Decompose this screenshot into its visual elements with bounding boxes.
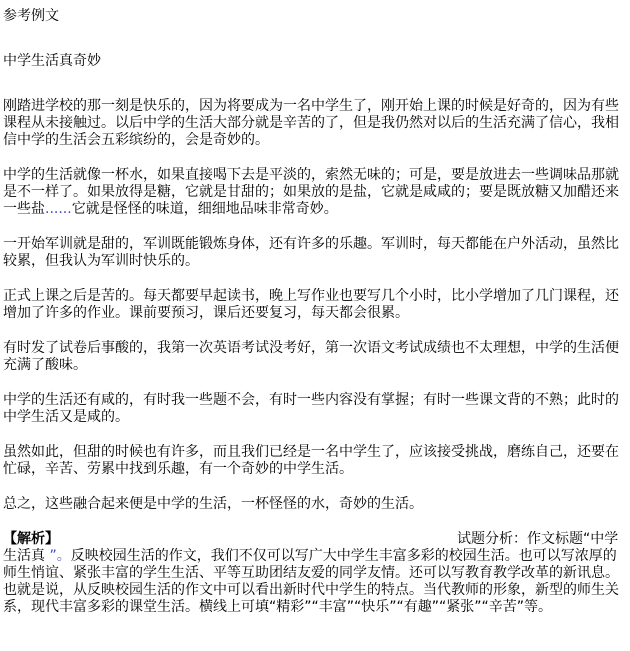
analysis-text-b: 反映校园生活的作文，我们不仅可以写广大中学生丰富多彩的校园生活。也可以写浓厚的师… [3, 548, 619, 615]
essay-paragraph-2-text-b: 它就是怪怪的味道，细细地品味非常奇妙。 [72, 201, 338, 217]
essay-paragraph-4: 正式上课之后是苦的。每天都要早起读书，晚上写作业也要写几个小时，比小学增加了几门… [3, 288, 628, 322]
section-label: 参考例文 [3, 8, 628, 25]
analysis-spacer [59, 542, 457, 543]
analysis-section: 【解析】试题分析：作文标题“中学生活真 ”。反映校园生活的作文，我们不仅可以写广… [3, 531, 628, 616]
essay-paragraph-2: 中学的生活就像一杯水，如果直接喝下去是平淡的，索然无味的；可是，要是放进去一些调… [3, 167, 628, 218]
essay-title: 中学生活真奇妙 [3, 53, 628, 70]
essay-paragraph-5: 有时发了试卷后事酸的，我第一次英语考试没考好，第一次语文考试成绩也不太理想，中学… [3, 340, 628, 374]
essay-paragraph-6: 中学的生活还有咸的，有时我一些题不会，有时一些内容没有掌握；有时一些课文背的不熟… [3, 392, 628, 426]
analysis-label: 【解析】 [3, 531, 59, 547]
essay-paragraph-1: 刚踏进学校的那一刻是快乐的，因为将要成为一名中学生了，刚开始上课的时候是好奇的，… [3, 98, 628, 149]
essay-paragraph-7: 虽然如此，但甜的时候也有许多，而且我们已经是一名中学生了，应该接受挑战，磨练自己… [3, 444, 628, 478]
essay-paragraph-3: 一开始军训就是甜的，军训既能锻炼身体，还有许多的乐趣。军训时，每天都能在户外活动… [3, 236, 628, 270]
analysis-blue-mark: ”。 [49, 548, 70, 564]
essay-paragraph-2-ellipsis: ...... [45, 201, 72, 217]
essay-paragraph-8: 总之，这些融合起来便是中学的生活，一杯怪怪的水，奇妙的生活。 [3, 496, 628, 513]
